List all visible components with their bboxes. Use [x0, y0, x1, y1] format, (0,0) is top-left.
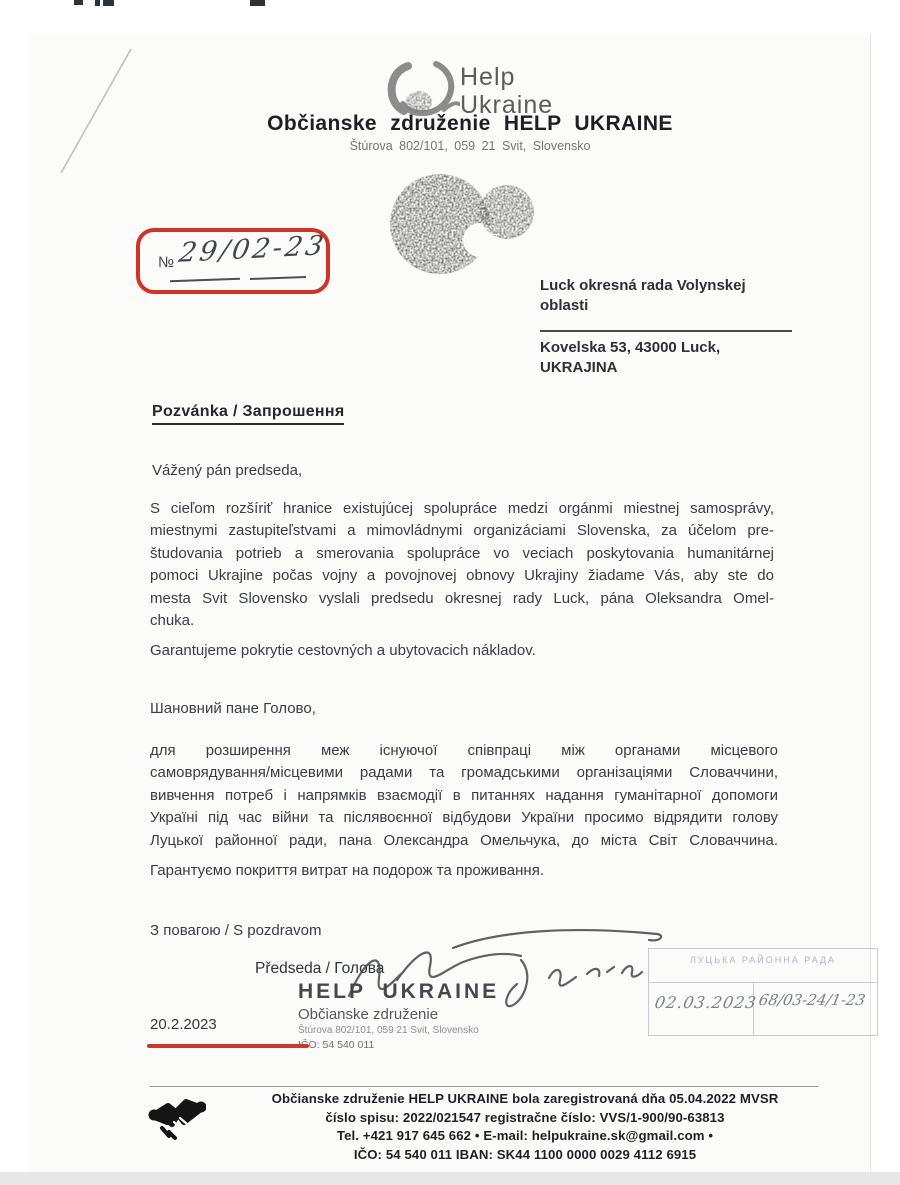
body-line: Україні під час війни та післявоєнної ві… — [150, 807, 778, 829]
handwritten-signature — [335, 918, 670, 1023]
body-line: S cieľom rozšíriť hranice existujúcej sp… — [150, 498, 774, 520]
cropped-text-fragment — [95, 0, 100, 6]
footer-line-file-number: číslo spisu: 2022/021547 registračne čís… — [235, 1109, 815, 1128]
org-stamp-address: Štúrova 802/101, 059 21 Svit, Slovensko — [298, 1025, 479, 1036]
footer-line-contacts: Tel. +421 917 645 662 • E-mail: helpukra… — [235, 1127, 815, 1146]
footer-divider-line — [150, 1086, 818, 1087]
footer-registration-block: Občianske združenie HELP UKRAINE bola za… — [235, 1090, 815, 1164]
receipt-stamp-header: ЛУЦЬКА РАЙОННА РАДА — [649, 955, 877, 965]
body-line: pomoci Ukrajine počas vojny a povojnovej… — [150, 565, 774, 587]
salutation-sk: Vážený pán predseda, — [152, 462, 302, 479]
org-address-header: Štúrova 802/101, 059 21 Svit, Slovensko — [120, 139, 820, 153]
recipient-divider-line — [540, 330, 792, 332]
org-stamp-ico: IČO: 54 540 011 — [298, 1039, 374, 1051]
recipient-name-line1: Luck okresná rada Volynskej — [540, 276, 746, 296]
scan-edge-strip — [0, 1172, 900, 1185]
logo-word-help: Help — [460, 63, 553, 91]
recipient-country: UKRAJINA — [540, 358, 618, 378]
salutation-ua: Шановний пане Голово, — [150, 700, 316, 717]
body-paragraph-sk: S cieľom rozšíriť hranice existujúcej sp… — [150, 498, 774, 632]
scanned-letter: Help Ukraine Občianske združenie HELP UK… — [0, 0, 900, 1185]
cropped-text-fragment — [250, 0, 265, 6]
recipient-name-line2: oblasti — [540, 296, 588, 316]
cropped-text-fragment — [74, 0, 83, 5]
letter-date: 20.2.2023 — [150, 1016, 217, 1033]
body-line: для розширення меж існуючої співпраці мі… — [150, 740, 778, 762]
ink-stamp-smudge — [380, 162, 560, 287]
receipt-stamp-line — [649, 982, 877, 983]
body-line: chuka. — [150, 610, 774, 632]
receipt-date-handwritten: 02.03.2023 — [653, 993, 758, 1012]
footer-line-iban: IČO: 54 540 011 IBAN: SK44 1100 0000 002… — [235, 1146, 815, 1165]
body-line: вивчення потреб і напрямків взаємодії в … — [150, 785, 778, 807]
org-name-header: Občianske združenie HELP UKRAINE — [120, 112, 820, 136]
cropped-text-fragment — [103, 0, 114, 6]
guarantee-ua: Гарантуємо покриття витрат на подорож та… — [150, 862, 544, 879]
body-line: mesta Svit Slovensko vyslali predsedu ok… — [150, 588, 774, 610]
logo-wordmark: Help Ukraine — [460, 63, 553, 119]
body-line: študovania potrieb a smerovania spoluprá… — [150, 543, 774, 565]
receipt-number-handwritten: 68/03-24/1-23 — [757, 991, 866, 1009]
incoming-receipt-stamp: ЛУЦЬКА РАЙОННА РАДА 02.03.2023 68/03-24/… — [648, 948, 878, 1036]
body-paragraph-ua: для розширення меж існуючої співпраці мі… — [150, 740, 778, 852]
subject-line: Pozvánka / Запрошення — [152, 403, 344, 425]
date-red-underline — [147, 1044, 309, 1048]
reg-number-prefix: № — [158, 254, 174, 271]
guarantee-sk: Garantujeme pokrytie cestovných a ubytov… — [150, 642, 536, 659]
regards-line: З повагою / S pozdravom — [150, 922, 321, 939]
handshake-icon — [148, 1094, 206, 1144]
footer-line-registration: Občianske združenie HELP UKRAINE bola za… — [235, 1090, 815, 1109]
body-line: Луцької районної ради, пана Олександра О… — [150, 830, 778, 852]
recipient-street: Kovelska 53, 43000 Luck, — [540, 338, 720, 358]
body-line: самоврядування/місцевими радами та грома… — [150, 762, 778, 784]
body-line: miestnymi zastupiteľstvami a mimovládnym… — [150, 520, 774, 542]
